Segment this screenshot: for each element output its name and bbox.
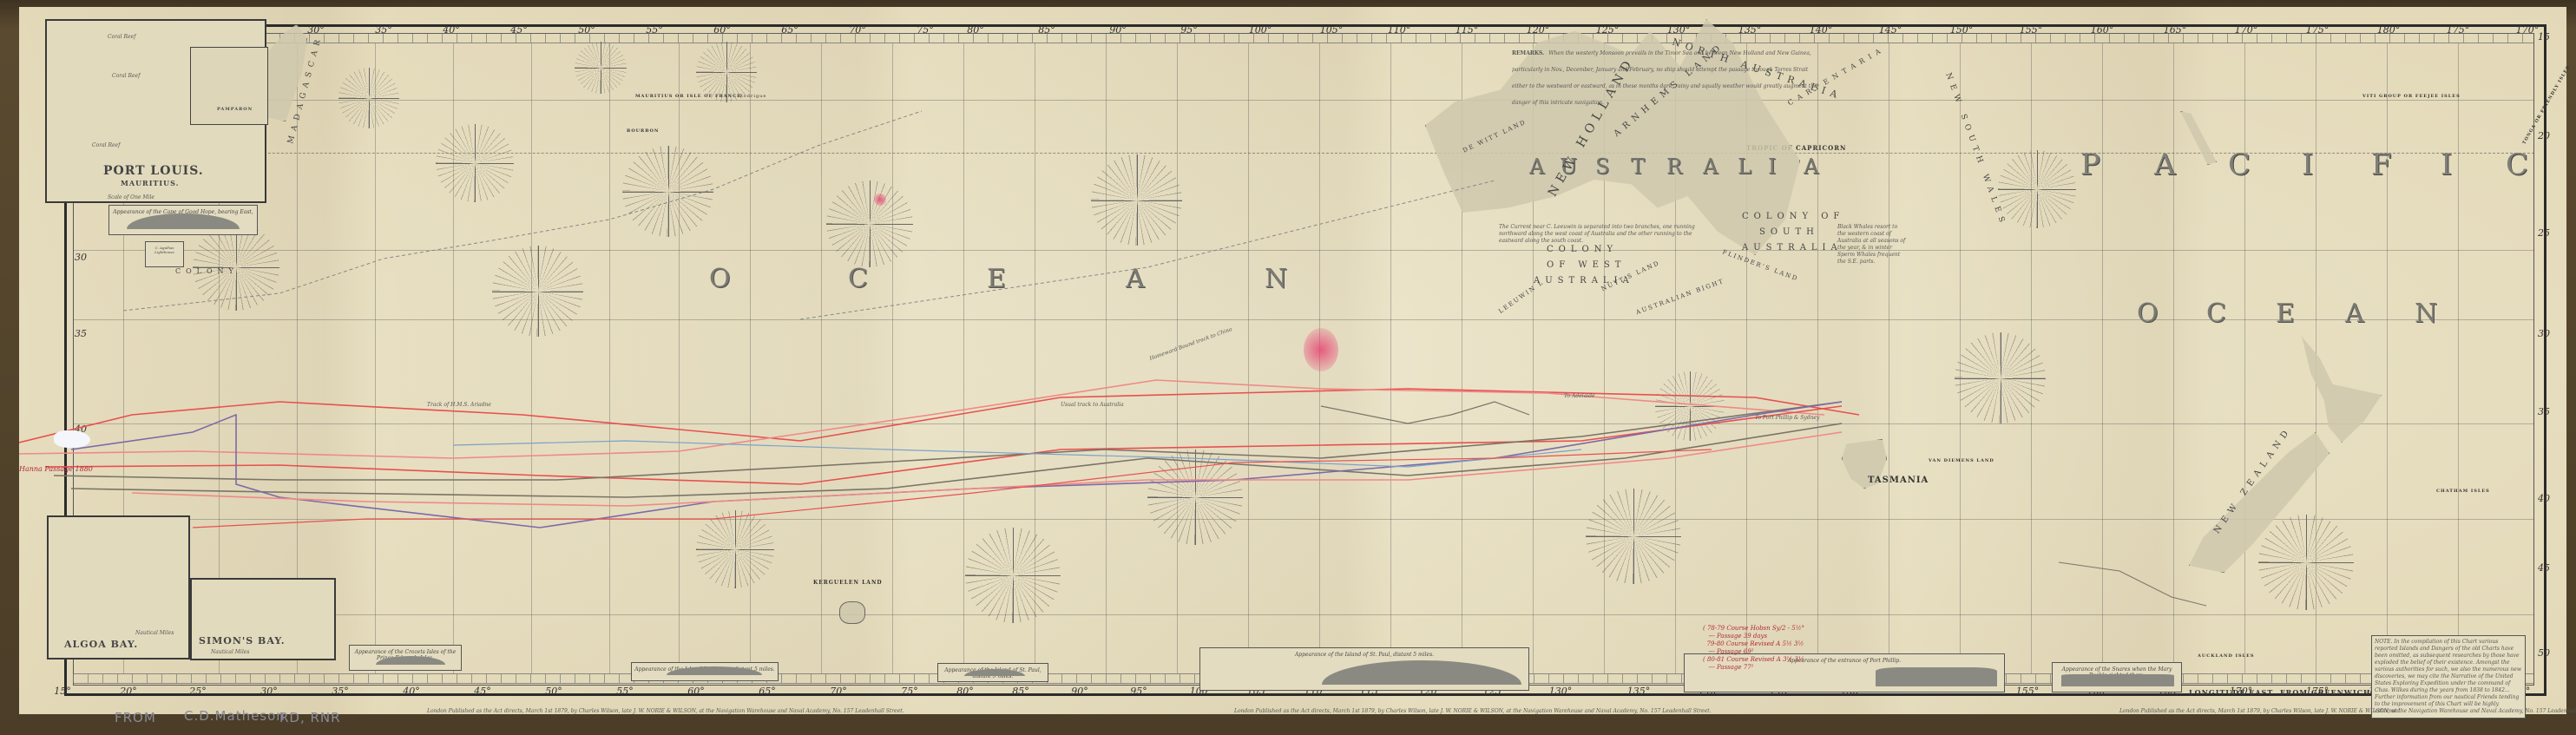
- signature-rank: RD, RNR: [279, 710, 341, 725]
- chart-paper: 15° 20° 25° 30° 35° 40° 45° 50° 55° 60° …: [19, 7, 2566, 714]
- route-gray: [71, 423, 1842, 497]
- magenta-stain: [1304, 328, 1338, 371]
- signature-from: FROM: [115, 710, 156, 725]
- red-passage-notes: ( 78-79 Course Hobsn Sy/2 - 5½° --- Pass…: [1703, 625, 1804, 672]
- red-left-note: Hanna Passage 1880: [19, 465, 93, 473]
- route-red: [193, 450, 1712, 528]
- route-gray-pacific: [2059, 562, 2206, 606]
- route-dashed: [800, 180, 1495, 319]
- route-gray: [1321, 402, 1529, 423]
- publisher-imprint: London Published as the Act directs, Mar…: [2119, 708, 2576, 714]
- publisher-imprint: London Published as the Act directs, Mar…: [1234, 708, 1712, 714]
- route-purple: [71, 402, 1842, 528]
- paper-hole: [54, 430, 90, 448]
- route-dashed: [123, 111, 922, 311]
- publisher-imprint: London Published as the Act directs, Mar…: [427, 708, 904, 714]
- sailing-routes: [19, 7, 2566, 714]
- route-label: To Port Phillip & Sydney: [1755, 415, 1819, 422]
- route-label: To Adelaide: [1564, 393, 1595, 400]
- magenta-stain: [874, 194, 886, 206]
- route-label: Usual track to Australia: [1061, 402, 1124, 409]
- signature-name: C.D.Matheson: [184, 708, 286, 724]
- route-label: Track of H.M.S. Ariadne: [427, 402, 491, 409]
